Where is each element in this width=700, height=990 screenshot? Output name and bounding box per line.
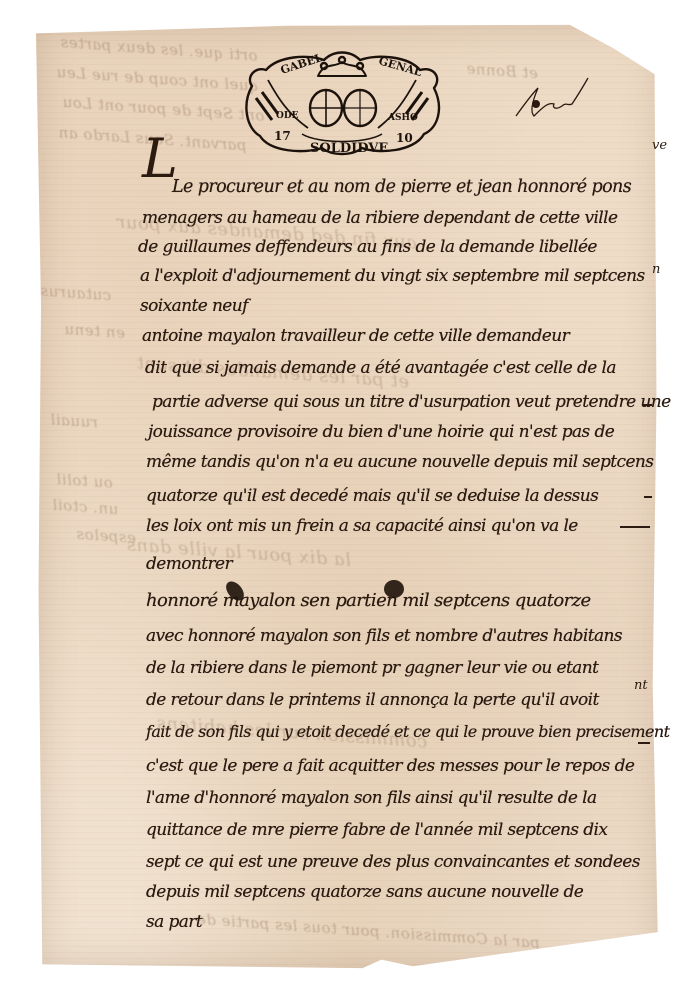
line-end-dash — [620, 526, 650, 528]
margin-fragment: nt — [634, 678, 648, 693]
stamp-text-left-mid: ODE — [276, 111, 299, 121]
text-line: quittance de mre pierre fabre de l'année… — [146, 820, 607, 840]
ink-blot — [384, 580, 404, 598]
bleed-through-text: en tenu — [63, 320, 125, 342]
text-line: a l'exploit d'adjournement du vingt six … — [140, 266, 645, 286]
text-line: avec honnoré mayalon son fils et nombre … — [146, 626, 622, 646]
text-line: les loix ont mis un frein a sa capacité … — [146, 516, 578, 536]
text-line: de la ribiere dans le piemont pr gagner … — [146, 658, 598, 678]
bleed-through-text: ruuail — [49, 410, 98, 431]
margin-fragment: ve — [652, 138, 667, 153]
bleed-through-text: quel ont coup de rue Leu — [56, 63, 260, 95]
text-line: menagers au hameau de la ribiere dependa… — [142, 208, 617, 228]
text-line: honnoré mayalon sen partien mil septcens… — [146, 590, 591, 611]
bleed-through-text: un. ctoil — [51, 496, 119, 519]
bleed-through-text: par la Commission. pour tous les partie … — [196, 910, 541, 952]
text-line: de retour dans le printems il annonça la… — [146, 690, 599, 710]
text-line: Le procureur et au nom de pierre et jean… — [172, 177, 631, 197]
text-line: antoine mayalon travailleur de cette vil… — [142, 326, 569, 346]
margin-fragment: n — [652, 262, 660, 277]
text-line: demontrer — [146, 554, 232, 574]
text-line: partie adverse qui sous un titre d'usurp… — [152, 392, 671, 412]
stamp-text-bottom: SOLDIDVE — [310, 141, 388, 156]
bleed-through-text: orti que. les deux partes — [60, 33, 259, 65]
text-line: sa part — [146, 912, 202, 932]
line-end-dash — [638, 742, 650, 744]
text-line: de guillaumes deffendeurs au fins de la … — [138, 237, 597, 257]
line-end-dash — [644, 496, 652, 498]
bleed-through-text: cutaurus — [39, 282, 111, 305]
text-line: sept ce qui est une preuve des plus conv… — [146, 852, 640, 872]
text-line: depuis mil septcens quatorze sans aucune… — [146, 882, 583, 902]
corner-signature: Jfivede — [512, 72, 592, 122]
bleed-through-text: ou tolil — [55, 470, 113, 492]
bleed-through-text: ont Sept de pour ont Lou — [62, 93, 265, 125]
text-line: c'est que le pere a fait acquitter des m… — [146, 756, 634, 776]
text-line: dit que si jamais demande a été avantagé… — [145, 358, 616, 378]
line-end-dash — [642, 404, 652, 406]
text-line: soixante neuf — [140, 296, 248, 316]
text-line: quatorze qu'il est decedé mais qu'il se … — [146, 486, 598, 506]
stamp-text-top-left: GABEL — [279, 51, 324, 77]
text-line: jouissance provisoire du bien d'une hoir… — [148, 422, 614, 442]
tax-stamp: GABEL GENAL ODE ASHO 17 10 SOLDIDVE — [238, 48, 446, 158]
stamp-text-right-mid: ASHO — [387, 113, 418, 123]
text-line: fait de son fils qui y etoit decedé et c… — [146, 722, 669, 741]
stamp-numeral-right: 10 — [396, 131, 413, 145]
text-line: l'ame d'honnoré mayalon son fils ainsi q… — [146, 788, 597, 808]
stamp-numeral-left: 17 — [274, 129, 291, 143]
text-line: même tandis qu'on n'a eu aucune nouvelle… — [146, 452, 653, 472]
